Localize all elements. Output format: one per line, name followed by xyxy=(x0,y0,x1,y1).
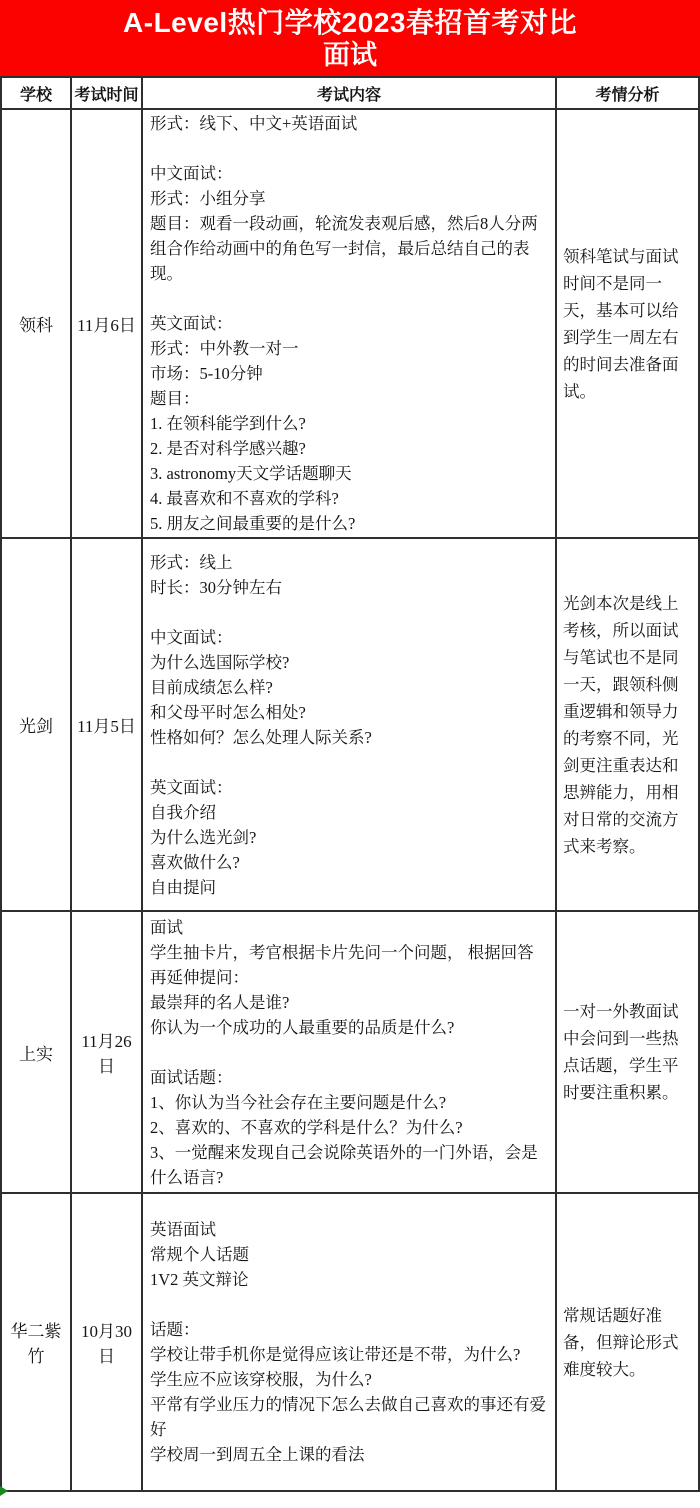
content-text: 形式：线上 时长：30分钟左右 中文面试： 为什么选国际学校? 目前成绩怎么样?… xyxy=(150,550,547,900)
analysis-text: 领科笔试与面试时间不是同一天，基本可以给到学生一周左右的时间去准备面试。 xyxy=(563,243,693,405)
table-row: 华二紫竹 10月30日 英语面试 常规个人话题 1V2 英文辩论 话题： 学校让… xyxy=(0,1194,700,1492)
page: A-Level热门学校2023春招首考对比 面试 学校 考试时间 考试内容 考情… xyxy=(0,0,700,1508)
content-cell: 面试 学生抽卡片，考官根据卡片先问一个问题， 根据回答再延伸提问： 最崇拜的名人… xyxy=(143,912,557,1194)
analysis-text: 光剑本次是线上考核，所以面试与笔试也不是同一天，跟领科侧重逻辑和领导力的考察不同… xyxy=(563,590,693,860)
content-cell: 形式：线上 时长：30分钟左右 中文面试： 为什么选国际学校? 目前成绩怎么样?… xyxy=(143,539,557,912)
header-cell-analysis: 考情分析 xyxy=(557,78,700,110)
table-row: 光剑 11月5日 形式：线上 时长：30分钟左右 中文面试： 为什么选国际学校?… xyxy=(0,539,700,912)
school-cell: 华二紫竹 xyxy=(0,1194,72,1492)
corner-artifact-icon xyxy=(0,1486,8,1496)
header-cell-exam-content: 考试内容 xyxy=(143,78,557,110)
content-text: 面试 学生抽卡片，考官根据卡片先问一个问题， 根据回答再延伸提问： 最崇拜的名人… xyxy=(150,915,547,1190)
analysis-cell: 常规话题好准备，但辩论形式难度较大。 xyxy=(557,1194,700,1492)
analysis-cell: 光剑本次是线上考核，所以面试与笔试也不是同一天，跟领科侧重逻辑和领导力的考察不同… xyxy=(557,539,700,912)
date-cell: 11月26日 xyxy=(72,912,143,1194)
analysis-text: 一对一外教面试中会问到一些热点话题，学生平时要注重积累。 xyxy=(563,998,693,1106)
table-row: 领科 11月6日 形式：线下、中文+英语面试 中文面试： 形式：小组分享 题目：… xyxy=(0,110,700,539)
content-text: 英语面试 常规个人话题 1V2 英文辩论 话题： 学校让带手机你是觉得应该让带还… xyxy=(150,1217,547,1467)
content-cell: 英语面试 常规个人话题 1V2 英文辩论 话题： 学校让带手机你是觉得应该让带还… xyxy=(143,1194,557,1492)
content-cell: 形式：线下、中文+英语面试 中文面试： 形式：小组分享 题目：观看一段动画，轮流… xyxy=(143,110,557,539)
content-text: 形式：线下、中文+英语面试 中文面试： 形式：小组分享 题目：观看一段动画，轮流… xyxy=(150,111,547,536)
school-cell: 光剑 xyxy=(0,539,72,912)
school-cell: 领科 xyxy=(0,110,72,539)
banner-title: A-Level热门学校2023春招首考对比 xyxy=(123,6,577,40)
analysis-cell: 领科笔试与面试时间不是同一天，基本可以给到学生一周左右的时间去准备面试。 xyxy=(557,110,700,539)
header-cell-school: 学校 xyxy=(0,78,72,110)
banner-subtitle: 面试 xyxy=(323,40,377,71)
date-cell: 10月30日 xyxy=(72,1194,143,1492)
table-row: 上实 11月26日 面试 学生抽卡片，考官根据卡片先问一个问题， 根据回答再延伸… xyxy=(0,912,700,1194)
analysis-cell: 一对一外教面试中会问到一些热点话题，学生平时要注重积累。 xyxy=(557,912,700,1194)
header-cell-exam-time: 考试时间 xyxy=(72,78,143,110)
analysis-text: 常规话题好准备，但辩论形式难度较大。 xyxy=(563,1302,693,1383)
school-cell: 上实 xyxy=(0,912,72,1194)
date-cell: 11月6日 xyxy=(72,110,143,539)
title-banner: A-Level热门学校2023春招首考对比 面试 xyxy=(0,0,700,76)
comparison-table: 学校 考试时间 考试内容 考情分析 领科 11月6日 形式：线下、中文+英语面试… xyxy=(0,76,700,1508)
date-cell: 11月5日 xyxy=(72,539,143,912)
table-header-row: 学校 考试时间 考试内容 考情分析 xyxy=(0,78,700,110)
bottom-blank-strip xyxy=(0,1492,700,1508)
